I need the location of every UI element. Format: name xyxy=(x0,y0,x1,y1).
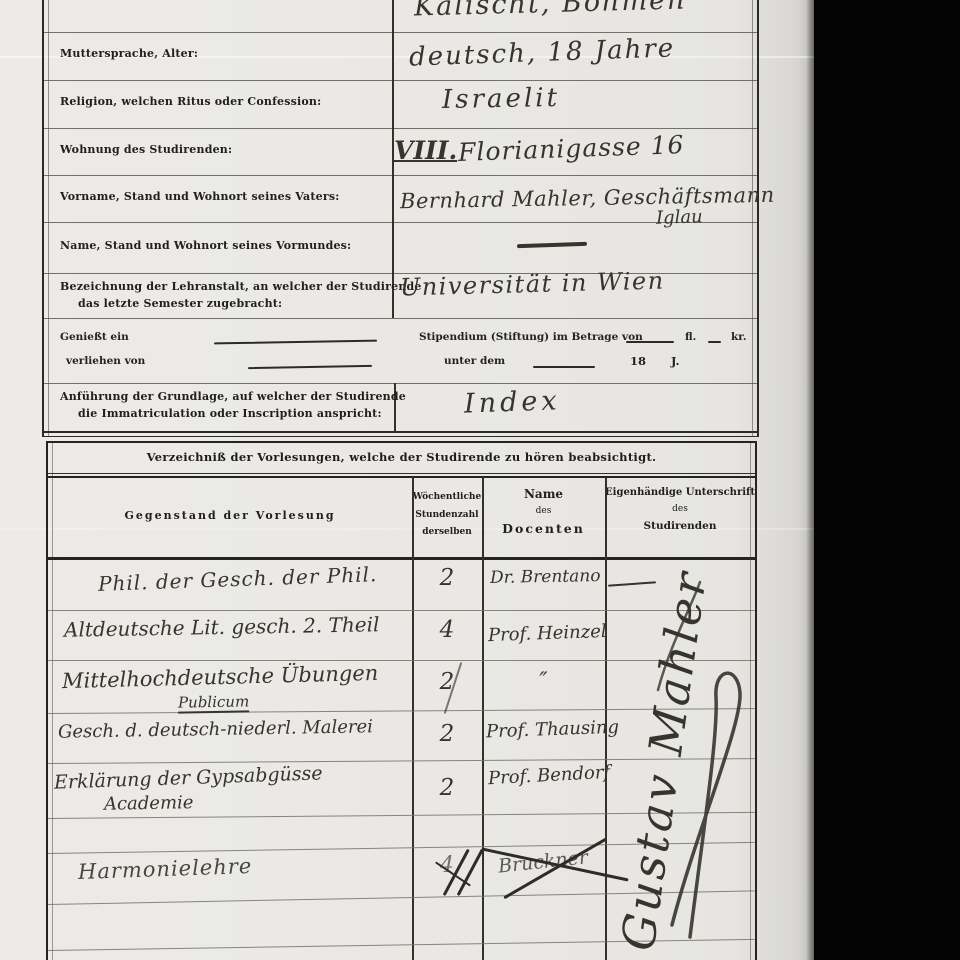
handwritten-value: Bernhard Mahler, Geschäftsmann xyxy=(400,183,775,214)
personal-data-form: Vaterland und Geburtsort: Muttersprache,… xyxy=(42,0,759,437)
blank-dash xyxy=(517,242,587,248)
header-line: Wöchentliche xyxy=(412,489,482,507)
table-line xyxy=(48,476,755,478)
header-line: Eigenhändige Unterschrift xyxy=(605,487,755,498)
row-line xyxy=(44,383,757,384)
row-label: Bezeichnung der Lehranstalt, an welcher … xyxy=(60,279,423,312)
blank-dash xyxy=(214,340,377,345)
blank-dash xyxy=(248,365,372,369)
docent-cell: Prof. Heinzel xyxy=(488,621,607,646)
row-label: Muttersprache, Alter: xyxy=(60,46,198,63)
row-line xyxy=(44,175,757,176)
handwritten-value-line2: Iglau xyxy=(656,206,703,229)
subject-cell: Phil. der Gesch. der Phil. xyxy=(98,562,378,596)
year-suffix: J. xyxy=(671,354,680,368)
hours-cell: 2 xyxy=(412,775,482,801)
row-line xyxy=(44,80,757,81)
hours-cell: 2 xyxy=(412,565,482,591)
column-divider xyxy=(482,477,484,960)
row-label: Anführung der Grundlage, auf welcher der… xyxy=(60,389,423,422)
docent-cell: Prof. Bendorf xyxy=(488,762,611,789)
kreuzer-abbr: kr. xyxy=(731,331,747,343)
row-label: Name, Stand und Wohnort seines Vormundes… xyxy=(60,238,351,255)
florin-abbr: fl. xyxy=(685,331,696,343)
blank-dash xyxy=(708,341,721,343)
header-line: Studirenden xyxy=(605,520,755,532)
form-bottom-border xyxy=(42,431,759,437)
scan-black-margin xyxy=(814,0,960,960)
column-header-subject: Gegenstand der Vorlesung xyxy=(48,509,412,522)
handwritten-value: Index xyxy=(463,385,561,419)
row-line xyxy=(44,128,757,129)
scanned-document: Vaterland und Geburtsort: Muttersprache,… xyxy=(0,0,960,960)
year-prefix: 18 xyxy=(630,354,646,368)
row-label: Vaterland und Geburtsort: xyxy=(60,0,227,3)
row-line xyxy=(44,318,757,319)
handwritten-value: Universität in Wien xyxy=(400,267,665,302)
subject-cell: Erklärung der Gypsabgüsse xyxy=(54,762,323,793)
handwritten-value: Israelit xyxy=(442,83,561,115)
docent-cell: Dr. Brentano xyxy=(490,566,601,588)
subject-cell: Altdeutsche Lit. gesch. 2. Theil xyxy=(64,612,380,642)
row-label: Wohnung des Studirenden: xyxy=(60,142,232,159)
column-header-docent: Name des Docenten xyxy=(482,487,605,536)
stipend-label-granted: verliehen von xyxy=(66,355,145,367)
table-line xyxy=(48,473,755,474)
header-line: derselben xyxy=(412,524,482,542)
stipend-label-under: unter dem xyxy=(444,355,505,367)
row-line xyxy=(44,32,757,33)
paper-sheet: Vaterland und Geburtsort: Muttersprache,… xyxy=(0,0,814,960)
blank-dash xyxy=(533,366,595,368)
subject-note: Publicum xyxy=(178,692,250,713)
header-line: des xyxy=(605,504,755,514)
subject-cell: Harmonielehre xyxy=(78,854,253,884)
docent-cell-ditto: ″ xyxy=(482,669,605,694)
header-line: Docenten xyxy=(482,521,605,536)
hours-cell: 2 xyxy=(412,721,482,747)
paper-edge-shadow xyxy=(806,0,814,960)
handwritten-value: Florianigasse 16 xyxy=(458,130,685,167)
subject-note: Academie xyxy=(104,792,194,815)
header-line: Stundenzahl xyxy=(412,507,482,525)
signature-flourish xyxy=(600,565,760,950)
row-line xyxy=(44,222,757,223)
row-label: Vorname, Stand und Wohnort seines Vaters… xyxy=(60,189,339,206)
handwritten-value: deutsch, 18 Jahre xyxy=(409,33,676,72)
handwritten-district-numeral: VIII. xyxy=(394,136,457,165)
handwritten-value: Kalischt, Böhmen xyxy=(414,0,687,23)
stipend-label-amount: Stipendium (Stiftung) im Betrage von xyxy=(419,331,643,343)
table-line xyxy=(48,557,755,560)
column-header-signature: Eigenhändige Unterschrift des Studirende… xyxy=(605,487,755,532)
row-label: Religion, welchen Ritus oder Confession: xyxy=(60,94,321,111)
lecture-table-heading: Verzeichniß der Vorlesungen, welche der … xyxy=(48,450,755,464)
subject-cell: Mittelhochdeutsche Übungen xyxy=(62,661,379,693)
hours-cell: 4 xyxy=(412,617,482,643)
header-line: Name xyxy=(482,487,605,501)
blank-dash xyxy=(626,341,674,343)
column-divider xyxy=(412,477,414,960)
hours-cell: 2 xyxy=(412,669,482,695)
column-header-hours: Wöchentliche Stundenzahl derselben xyxy=(412,489,482,542)
subject-cell: Gesch. d. deutsch-niederl. Malerei xyxy=(58,716,373,742)
header-line: des xyxy=(482,506,605,516)
stipend-label-enjoys: Genießt ein xyxy=(60,331,129,343)
